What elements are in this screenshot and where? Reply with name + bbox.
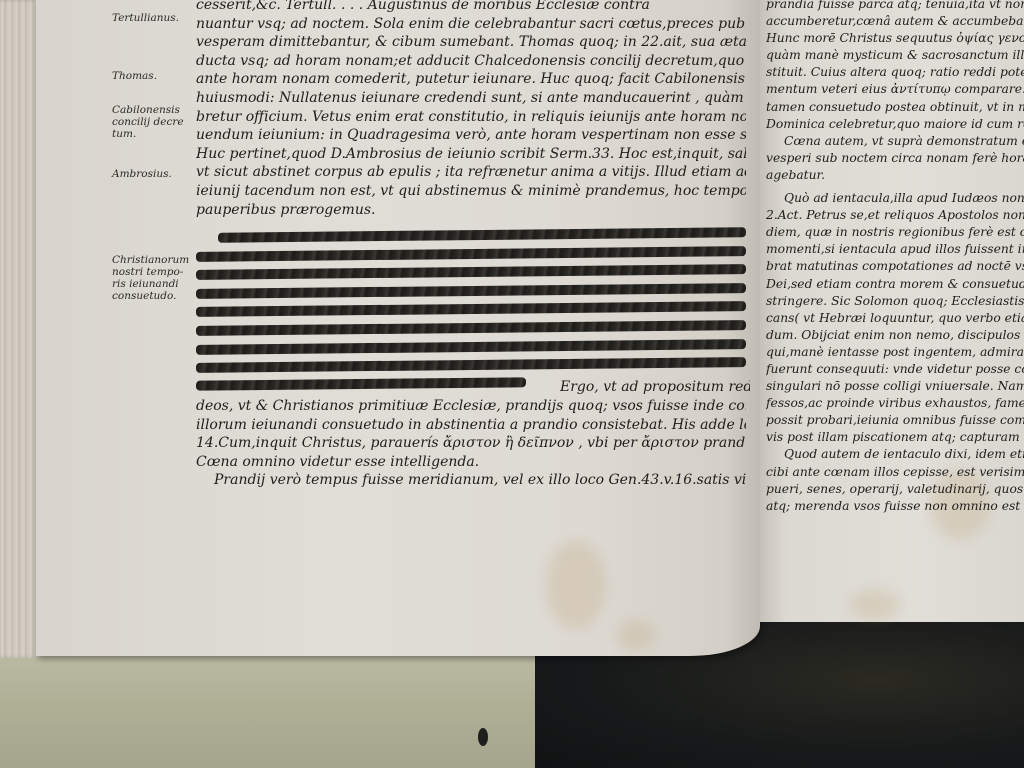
text-line: Prandij verò tempus fuisse meridianum, v… — [196, 471, 746, 490]
text-line: possit probari,ieiunia omnibus fuisse co… — [766, 412, 1024, 429]
text-line: Cœna autem, vt suprà demonstratum est, a… — [766, 133, 1024, 150]
struck-line — [196, 282, 746, 301]
text-line: momenti,si ientacula apud illos fuissent… — [766, 241, 1024, 258]
text-line: stituit. Cuius altera quoq; ratio reddi … — [766, 64, 1024, 81]
text-line: vesperam dimittebantur, & cibum sumebant… — [196, 33, 746, 52]
text-line: ante horam nonam comederit, putetur ieiu… — [196, 70, 746, 89]
text-line: 14.Cum,inquit Christus, parauerís ἄριστο… — [196, 434, 746, 453]
text-line: quàm manè mysticum & sacrosanctum illud … — [766, 47, 1024, 64]
text-line: accumberetur,cœnâ autem & accumbebant , … — [766, 13, 1024, 30]
text-line: uendum ieiunium: in Quadragesima verò, a… — [196, 126, 746, 145]
text-line: pueri, senes, operarij, valetudinarij, q… — [766, 481, 1024, 498]
note-line: Cabilonensis — [112, 104, 187, 116]
struck-line — [196, 338, 746, 357]
left-body-resume: Ergo, vt ad propositum redeamus — [560, 378, 750, 397]
text-line: huiusmodi: Nullatenus ieiunare credendi … — [196, 89, 746, 108]
margin-note-thomas: Thomas. — [112, 70, 187, 82]
text-line: qui,manè ientasse post ingentem, admirab… — [766, 344, 1024, 361]
page-stack-edge — [0, 0, 38, 658]
margin-note-ambrosius: Ambrosius. — [112, 168, 187, 180]
table-surface — [0, 640, 535, 768]
text-line: singulari nō posse colligi vniuersale. N… — [766, 378, 1024, 395]
text-line: Ergo, vt ad propositum redeamus — [560, 378, 750, 397]
text-line: tamen consuetudo postea obtinuit, vt in … — [766, 99, 1024, 116]
text-line: fessos,ac proinde viribus exhaustos, fam… — [766, 395, 1024, 412]
text-line: Dei,sed etiam contra morem & consuetudin… — [766, 276, 1024, 293]
text-line: Huc pertinet,quod D.Ambrosius de ieiunio… — [196, 145, 746, 164]
text-line: Hunc morē Christus sequutus ὀψίας γενομέ… — [766, 30, 1024, 47]
left-body-bottom: deos, vt & Christianos primitiuæ Ecclesi… — [196, 397, 746, 490]
struck-line — [218, 226, 746, 245]
left-body-top: cesserit,&c. Tertull. . . . Augustinus d… — [196, 0, 746, 219]
text-line: stringere. Sic Solomon quoq; Ecclesiasti… — [766, 293, 1024, 310]
struck-line — [196, 300, 746, 319]
right-body: prandia fuisse parca atq; tenuia,ita vt … — [766, 0, 1024, 515]
note-line: consuetudo. — [112, 290, 187, 302]
text-line: nuantur vsq; ad noctem. Sola enim die ce… — [196, 15, 746, 34]
text-line: 2.Act. Petrus se,et reliquos Apostolos n… — [766, 207, 1024, 224]
text-line: deos, vt & Christianos primitiuæ Ecclesi… — [196, 397, 746, 416]
text-line: Dominica celebretur,quo maiore id cum re… — [766, 116, 1024, 133]
note-line: concilij decre — [112, 116, 187, 128]
text-line: vis post illam piscationem atq; capturam… — [766, 429, 1024, 446]
text-line: agebatur. — [766, 167, 1024, 184]
margin-note-cabilonensis: Cabilonensis concilij decre tum. — [112, 104, 187, 140]
text-line: fuerunt consequuti: vnde videtur posse c… — [766, 361, 1024, 378]
struck-line — [196, 319, 746, 338]
text-line: brat matutinas compotationes ad noctē vs… — [766, 258, 1024, 275]
text-line: pauperibus prærogemus. — [196, 201, 746, 220]
text-line: Cœna omnino videtur esse intelligenda. — [196, 453, 746, 472]
text-line: dum. Obijciat enim non nemo, discipulos … — [766, 327, 1024, 344]
text-line: Quò ad ientacula,illa apud Iudæos non fu… — [766, 190, 1024, 207]
text-line: ducta vsq; ad horam nonam;et adducit Cha… — [196, 52, 746, 71]
note-line: Christianorum — [112, 254, 187, 266]
text-line: ieiunij tacendum non est, vt qui abstine… — [196, 182, 746, 201]
text-line: diem, quæ in nostris regionibus ferè est… — [766, 224, 1024, 241]
text-line: vesperi sub noctem circa nonam ferè hora… — [766, 150, 1024, 167]
text-line: mentum veteri eius ἀντίτυπῳ comparare. P… — [766, 81, 1024, 98]
censored-passage — [196, 226, 746, 393]
note-line: nostri tempo- — [112, 266, 187, 278]
text-line: bretur officium. Vetus enim erat constit… — [196, 108, 746, 127]
text-line: prandia fuisse parca atq; tenuia,ita vt … — [766, 0, 1024, 13]
text-line: cibi ante cœnam illos cepisse, est veris… — [766, 464, 1024, 481]
struck-line — [196, 245, 746, 264]
text-line: cans( vt Hebræi loquuntur, quo verbo eti… — [766, 310, 1024, 327]
text-line: Quod autem de ientaculo dixi, idem etiam — [766, 446, 1024, 463]
text-line: atq; merenda vsos fuisse non omnino est … — [766, 498, 1024, 515]
struck-line — [196, 356, 746, 375]
text-line: illorum ieiunandi consuetudo in abstinen… — [196, 416, 746, 435]
cover-mark — [478, 728, 488, 746]
struck-line — [196, 263, 746, 282]
text-line: vt sicut abstinet corpus ab epulis ; ita… — [196, 163, 746, 182]
margin-note-tertullianus: Tertullianus. — [112, 12, 187, 24]
text-line: cesserit,&c. Tertull. . . . Augustinus d… — [196, 0, 746, 15]
margin-note-christianorum: Christianorum nostri tempo- ris ieiunand… — [112, 254, 187, 302]
note-line: tum. — [112, 128, 187, 140]
note-line: ris ieiunandi — [112, 278, 187, 290]
